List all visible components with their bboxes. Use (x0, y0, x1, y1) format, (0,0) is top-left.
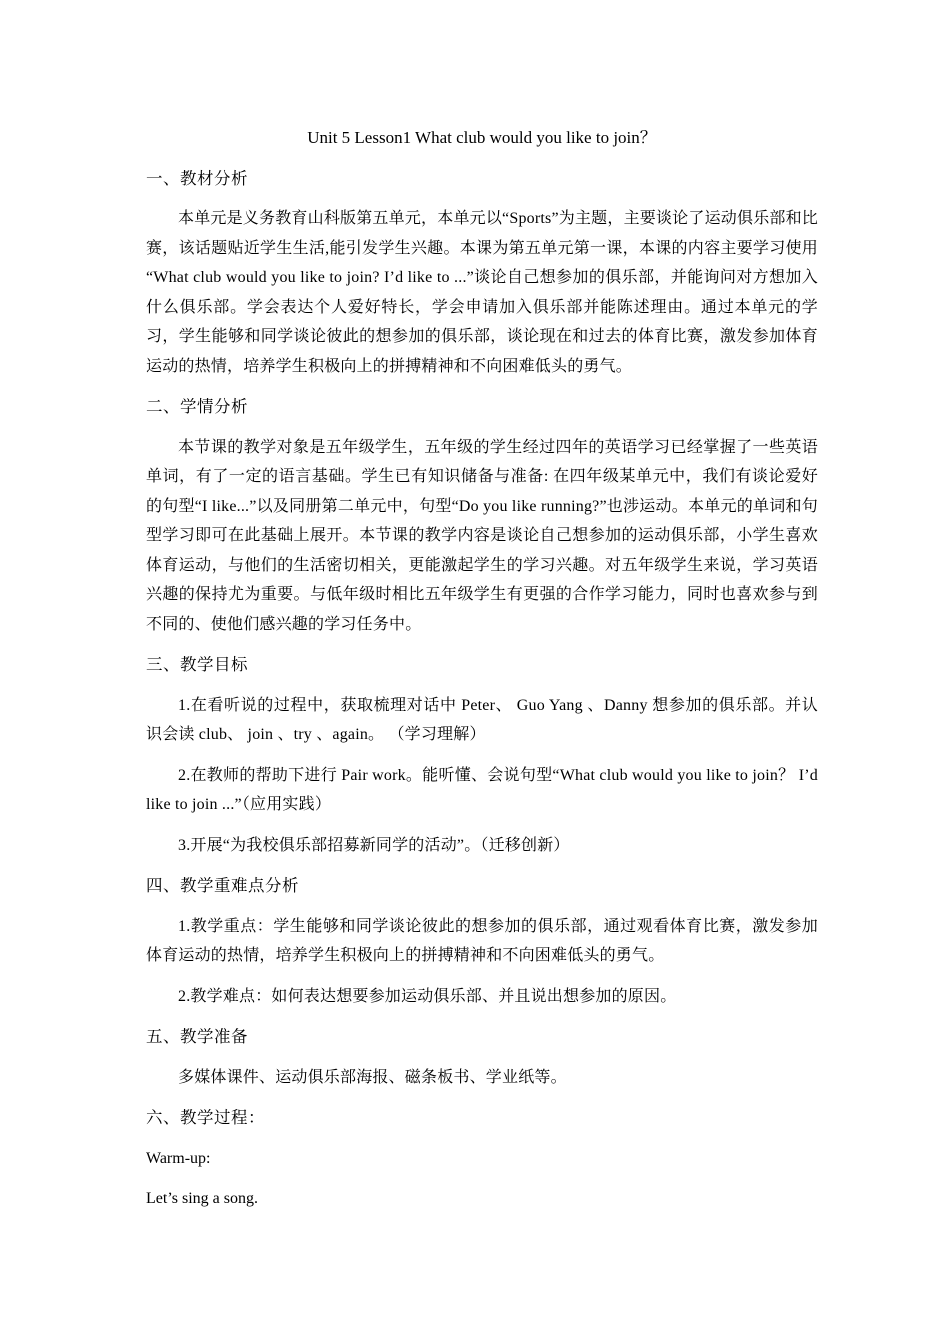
warm-up-label: Warm-up: (146, 1144, 818, 1174)
section-heading-teaching-objectives: 三、教学目标 (146, 650, 818, 680)
paragraph-objective-1: 1.在看听说的过程中，获取梳理对话中 Peter、 Guo Yang 、Dann… (146, 691, 818, 750)
section-heading-teaching-process: 六、教学过程： (146, 1103, 818, 1133)
paragraph-textbook-analysis: 本单元是义务教育山科版第五单元，本单元以“Sports”为主题，主要谈论了运动俱… (146, 204, 818, 381)
paragraph-objective-2: 2.在教师的帮助下进行 Pair work。能听懂、会说句型“What club… (146, 761, 818, 820)
paragraph-learner-analysis: 本节课的教学对象是五年级学生，五年级的学生经过四年的英语学习已经掌握了一些英语单… (146, 433, 818, 640)
paragraph-objective-3: 3.开展“为我校俱乐部招募新同学的活动”。（迁移创新） (146, 831, 818, 861)
sing-a-song-line: Let’s sing a song. (146, 1184, 818, 1214)
section-heading-teaching-preparation: 五、教学准备 (146, 1022, 818, 1052)
section-heading-textbook-analysis: 一、教材分析 (146, 164, 818, 194)
paragraph-difficult-point: 2.教学难点：如何表达想要参加运动俱乐部、并且说出想参加的原因。 (146, 982, 818, 1012)
paragraph-key-point: 1.教学重点：学生能够和同学谈论彼此的想参加的俱乐部，通过观看体育比赛，激发参加… (146, 912, 818, 971)
document-title: Unit 5 Lesson1 What club would you like … (146, 123, 818, 153)
section-heading-learner-analysis: 二、学情分析 (146, 392, 818, 422)
paragraph-preparation: 多媒体课件、运动俱乐部海报、磁条板书、学业纸等。 (146, 1063, 818, 1093)
section-heading-key-difficult-points: 四、教学重难点分析 (146, 871, 818, 901)
document-page: Unit 5 Lesson1 What club would you like … (0, 0, 950, 1344)
